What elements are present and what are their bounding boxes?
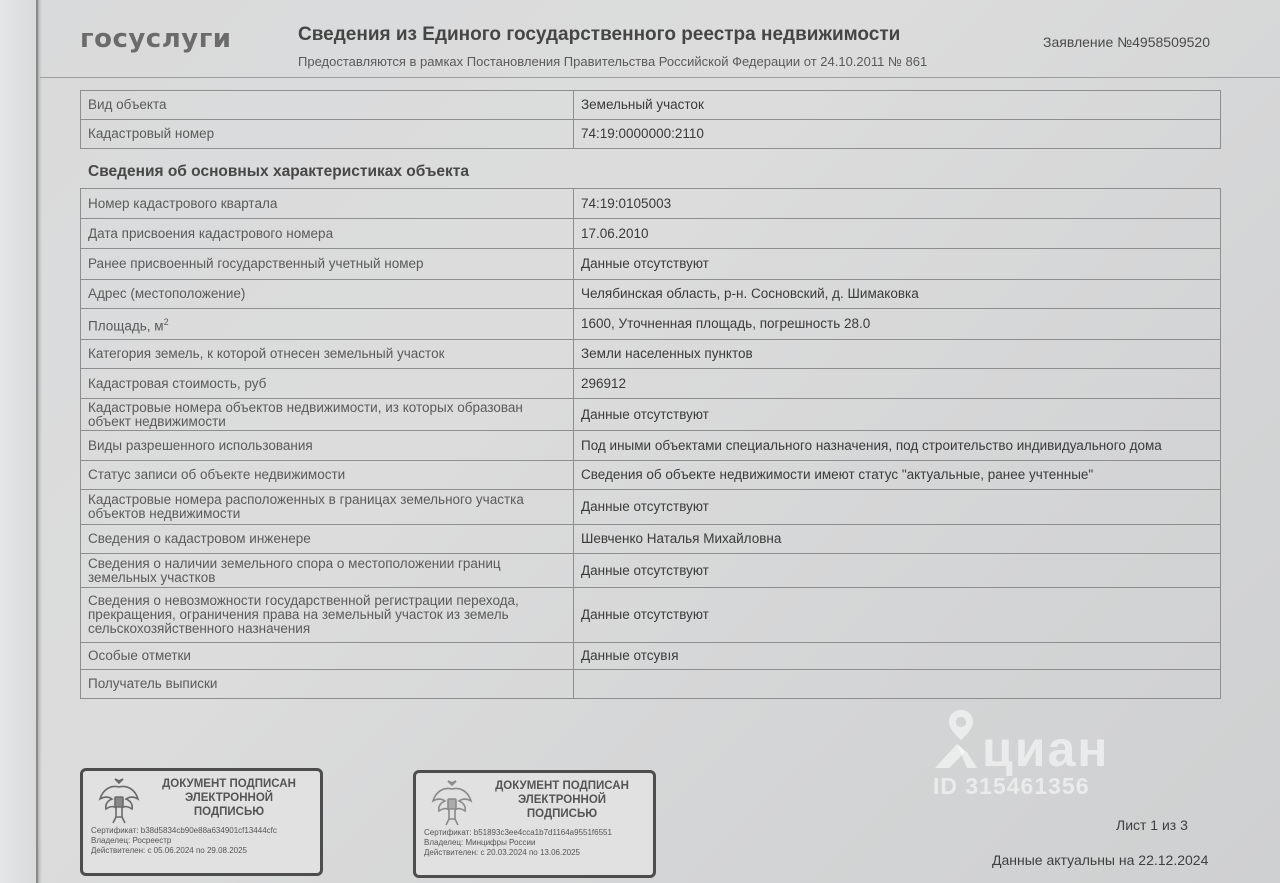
table-row: Статус записи об объекте недвижимостиСве… <box>81 461 1221 490</box>
stamp-heading: ДОКУМЕНТ ПОДПИСАНЭЛЕКТРОННОЙПОДПИСЬЮ <box>476 779 648 821</box>
watermark-brand: циан <box>982 720 1109 778</box>
stamp-heading-line: ПОДПИСЬЮ <box>143 805 315 819</box>
table-row: Сведения о наличии земельного спора о ме… <box>81 554 1221 588</box>
stamp-heading: ДОКУМЕНТ ПОДПИСАНЭЛЕКТРОННОЙПОДПИСЬЮ <box>143 777 315 819</box>
row-value: 1600, Уточненная площадь, погрешность 28… <box>574 309 1221 340</box>
table-row: Адрес (местоположение)Челябинская област… <box>81 280 1221 309</box>
data-actual-date: Данные актуальны на 22.12.2024 <box>992 852 1208 868</box>
row-label: Площадь, м2 <box>81 309 574 340</box>
section-heading: Сведения об основных характеристиках объ… <box>88 163 469 181</box>
row-value: Данные отсувıя <box>574 643 1221 670</box>
row-value: Шевченко Наталья Михайловна <box>574 525 1221 554</box>
row-label: Кадастровая стоимость, руб <box>81 369 574 399</box>
object-table: Вид объекта Земельный участок Кадастровы… <box>80 90 1221 149</box>
signature-stamp-mintsifry: ДОКУМЕНТ ПОДПИСАНЭЛЕКТРОННОЙПОДПИСЬЮ Сер… <box>413 770 656 878</box>
row-value: Данные отсутствуют <box>574 249 1221 280</box>
row-value: 17.06.2010 <box>574 219 1221 249</box>
row-value: 74:19:0000000:2110 <box>574 120 1221 149</box>
coat-of-arms-icon <box>430 779 474 827</box>
row-label: Особые отметки <box>81 643 574 670</box>
area-label-text: Площадь, м <box>88 318 164 333</box>
egrn-extract-page: госуслуги Сведения из Единого государств… <box>40 0 1280 883</box>
row-value <box>574 670 1221 699</box>
sheet-number: Лист 1 из 3 <box>1116 817 1188 833</box>
row-label: Дата присвоения кадастрового номера <box>81 219 574 249</box>
watermark-listing-id: ID 315461356 <box>933 773 1090 800</box>
table-row: Дата присвоения кадастрового номера17.06… <box>81 219 1221 249</box>
table-row: Виды разрешенного использованияПод иными… <box>81 431 1221 461</box>
table-row: Номер кадастрового квартала74:19:0105003 <box>81 189 1221 219</box>
stamp-certificate: Сертификат: b51893c3ee4cca1b7d1164a9551f… <box>424 828 654 838</box>
row-label: Адрес (местоположение) <box>81 280 574 309</box>
table-row: Кадастровые номера расположенных в грани… <box>81 490 1221 525</box>
coat-of-arms-icon <box>97 777 141 825</box>
table-row: Ранее присвоенный государственный учетны… <box>81 249 1221 280</box>
stamp-heading-line: ПОДПИСЬЮ <box>476 807 648 821</box>
row-value: 296912 <box>574 369 1221 399</box>
stamp-heading-line: ДОКУМЕНТ ПОДПИСАН <box>143 777 315 791</box>
row-value: Данные отсутствуют <box>574 490 1221 525</box>
row-label: Виды разрешенного использования <box>81 431 574 461</box>
row-label: Кадастровый номер <box>81 120 574 149</box>
row-label: Ранее присвоенный государственный учетны… <box>81 249 574 280</box>
row-label: Номер кадастрового квартала <box>81 189 574 219</box>
row-value: Земли населенных пунктов <box>574 340 1221 369</box>
table-row: Сведения о кадастровом инженереШевченко … <box>81 525 1221 554</box>
row-value: 74:19:0105003 <box>574 189 1221 219</box>
row-value: Земельный участок <box>574 91 1221 120</box>
header-divider <box>40 77 1280 78</box>
row-value: Данные отсутствуют <box>574 399 1221 431</box>
location-pin-icon <box>927 708 982 774</box>
stamp-owner: Владелец: Минцифры России <box>424 838 654 848</box>
stamp-heading-line: ЭЛЕКТРОННОЙ <box>476 793 648 807</box>
stamp-validity: Действителен: с 05.06.2024 по 29.08.2025 <box>91 846 321 856</box>
table-row: Кадастровая стоимость, руб296912 <box>81 369 1221 399</box>
row-label: Кадастровые номера расположенных в грани… <box>81 490 574 525</box>
table-row: Категория земель, к которой отнесен земе… <box>81 340 1221 369</box>
row-label: Кадастровые номера объектов недвижимости… <box>81 399 574 431</box>
stamp-heading-line: ДОКУМЕНТ ПОДПИСАН <box>476 779 648 793</box>
signature-stamp-rosreestr: ДОКУМЕНТ ПОДПИСАНЭЛЕКТРОННОЙПОДПИСЬЮ Сер… <box>80 768 323 876</box>
row-label: Сведения о кадастровом инженере <box>81 525 574 554</box>
stamp-validity: Действителен: с 20.03.2024 по 13.06.2025 <box>424 848 654 858</box>
row-label: Получатель выписки <box>81 670 574 699</box>
stamp-owner: Владелец: Росреестр <box>91 836 321 846</box>
table-row: Площадь, м21600, Уточненная площадь, пог… <box>81 309 1221 340</box>
area-unit-superscript: 2 <box>164 317 169 327</box>
characteristics-table: Номер кадастрового квартала74:19:0105003… <box>80 188 1221 699</box>
gosuslugi-logo: госуслуги <box>80 24 232 54</box>
table-row: Получатель выписки <box>81 670 1221 699</box>
stamp-details: Сертификат: b38d5834cb90e88a634901cf1344… <box>91 826 321 856</box>
table-row: Сведения о невозможности государственной… <box>81 588 1221 643</box>
row-value: Под иными объектами специального назначе… <box>574 431 1221 461</box>
row-label: Сведения о невозможности государственной… <box>81 588 574 643</box>
table-row: Вид объекта Земельный участок <box>81 91 1221 120</box>
row-label: Статус записи об объекте недвижимости <box>81 461 574 490</box>
table-row: Кадастровый номер 74:19:0000000:2110 <box>81 120 1221 149</box>
cian-watermark: циан ID 315461356 <box>925 708 1185 808</box>
stamp-heading-line: ЭЛЕКТРОННОЙ <box>143 791 315 805</box>
table-row: Особые отметкиДанные отсувıя <box>81 643 1221 670</box>
row-label: Сведения о наличии земельного спора о ме… <box>81 554 574 588</box>
row-value: Данные отсутствуют <box>574 588 1221 643</box>
stamp-certificate: Сертификат: b38d5834cb90e88a634901cf1344… <box>91 826 321 836</box>
row-label: Категория земель, к которой отнесен земе… <box>81 340 574 369</box>
stamp-details: Сертификат: b51893c3ee4cca1b7d1164a9551f… <box>424 828 654 858</box>
row-value: Сведения об объекте недвижимости имеют с… <box>574 461 1221 490</box>
row-value: Челябинская область, р-н. Сосновский, д.… <box>574 280 1221 309</box>
table-row: Кадастровые номера объектов недвижимости… <box>81 399 1221 431</box>
row-value: Данные отсутствуют <box>574 554 1221 588</box>
document-subtitle: Предоставляются в рамках Постановления П… <box>298 54 927 69</box>
row-label: Вид объекта <box>81 91 574 120</box>
document-header: госуслуги Сведения из Единого государств… <box>40 0 1280 78</box>
application-number: Заявление №4958509520 <box>1043 34 1210 50</box>
document-title: Сведения из Единого государственного рее… <box>298 24 900 46</box>
previous-page-edge <box>0 0 38 883</box>
